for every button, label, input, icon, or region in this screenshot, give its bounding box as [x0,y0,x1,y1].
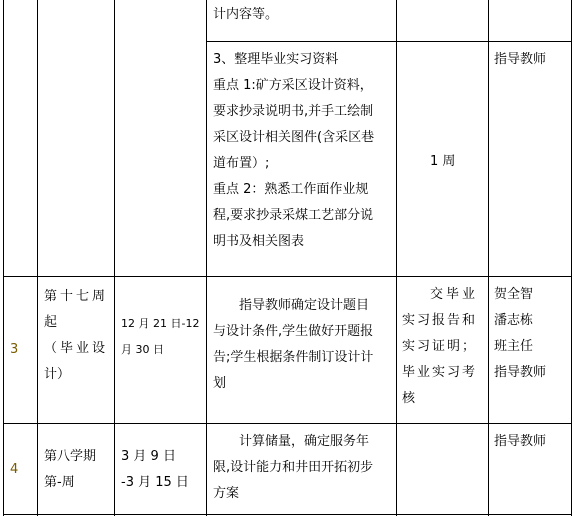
row-divider-c [3,423,572,424]
responsible-line: 班主任 [494,334,546,360]
responsible-line: 指导教师 [494,429,546,455]
content-line: 3、整理毕业实习资料 [213,47,374,73]
responsible-line: 指导教师 [494,47,546,73]
responsible-cell: 指导教师 [494,47,546,73]
responsible-cell: 指导教师 [494,429,546,455]
dates-line: 3 月 9 日 [121,444,189,470]
dates-cell: 12 月 21 日-12 月 30 日 [121,311,199,363]
responsible-line: 潘志栋 [494,308,546,334]
period-line: 第-周 [44,470,96,496]
content-cell: 计内容等。 [213,2,278,28]
content-line: 与设计条件,学生做好开题报 [213,319,373,345]
responsible-line: 贺全智 [494,282,546,308]
responsible-line: 指导教师 [494,360,546,386]
col-divider-5 [488,0,489,516]
dates-line: -3 月 15 日 [121,470,189,496]
row-number: 4 [10,457,18,483]
period-cell: 第八学期 第-周 [44,444,96,496]
content-line: 限,设计能力和井田开拓初步 [213,455,373,481]
table-border-right [571,0,572,516]
content-line: 计内容等。 [213,2,278,28]
content-line: 明书及相关图表 [213,229,374,255]
row-divider-a [206,41,572,42]
dates-line: 12 月 21 日-12 [121,311,199,337]
deliverable-line: 毕业实习考 [402,360,478,386]
period-line: 起 [44,310,108,336]
col-divider-4 [396,0,397,516]
content-line: 方案 [213,481,373,507]
content-line: 划 [213,371,373,397]
deliverable-line: 实习报告和 [402,308,478,334]
content-line: 计算储量，确定服务年 [213,429,373,455]
content-line: 采区设计相关图件(含采区巷 [213,125,374,151]
content-line: 要求抄录说明书,并手工绘制 [213,99,374,125]
content-cell: 计算储量，确定服务年 限,设计能力和井田开拓初步 方案 [213,429,373,507]
dates-cell: 3 月 9 日 -3 月 15 日 [121,444,189,496]
col-divider-1 [37,0,38,516]
row-number: 3 [10,337,18,363]
period-line: 第八学期 [44,444,96,470]
dates-line: 月 30 日 [121,337,199,363]
period-line: 计） [44,362,108,388]
responsible-cell: 贺全智 潘志栋 班主任 指导教师 [494,282,546,386]
deliverable-line: 实习证明； [402,334,478,360]
content-cell: 指导教师确定设计题目 与设计条件,学生做好开题报 告;学生根据条件制订设计计 划 [213,293,373,397]
deliverable-cell: 交毕业 实习报告和 实习证明； 毕业实习考 核 [402,282,478,412]
deliverable-line: 核 [402,386,478,412]
col-divider-2 [114,0,115,516]
table-border-left [3,0,4,516]
content-cell: 3、整理毕业实习资料 重点 1:矿方采区设计资料， 要求抄录说明书,并手工绘制 … [213,47,374,255]
content-line: 指导教师确定设计题目 [213,293,373,319]
content-line: 道布置）; [213,151,374,177]
row-divider-d [3,514,572,515]
col-divider-3 [206,0,207,516]
period-line: （毕业设 [44,336,108,362]
period-line: 第十七周 [44,284,108,310]
schedule-table: 计内容等。 3、整理毕业实习资料 重点 1:矿方采区设计资料， 要求抄录说明书,… [0,0,574,516]
deliverable-line: 交毕业 [402,282,478,308]
content-line: 重点 1:矿方采区设计资料， [213,73,374,99]
period-cell: 第十七周 起 （毕业设 计） [44,284,108,388]
content-line: 告;学生根据条件制订设计计 [213,345,373,371]
duration-cell: 1 周 [430,149,455,175]
content-line: 重点 2：熟悉工作面作业规 [213,177,374,203]
row-divider-b [3,276,572,277]
content-line: 程,要求抄录采煤工艺部分说 [213,203,374,229]
